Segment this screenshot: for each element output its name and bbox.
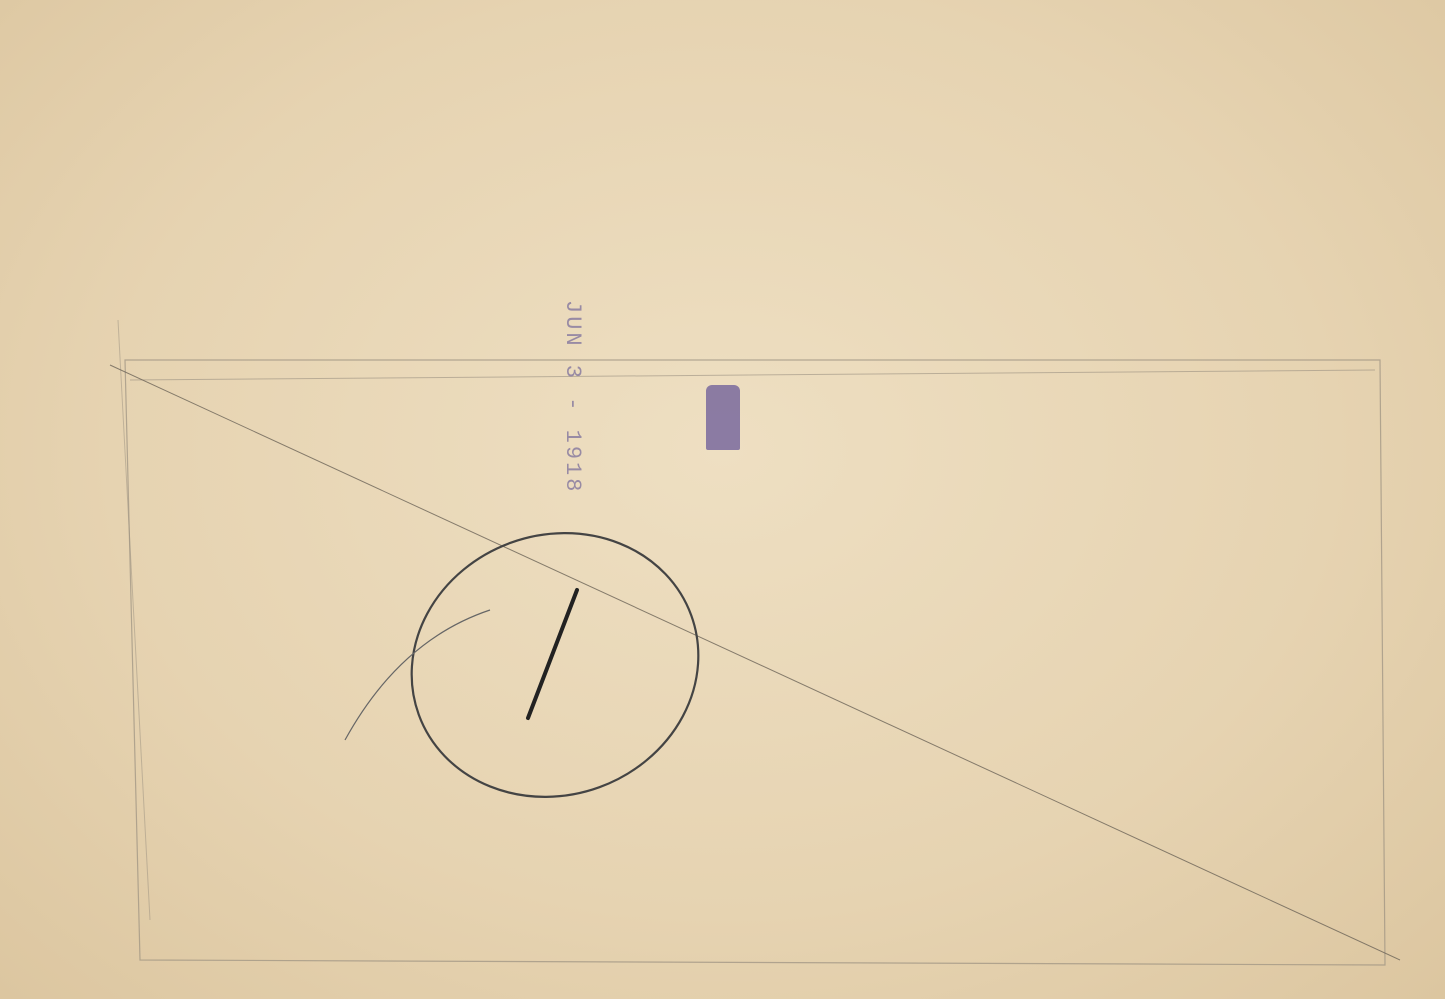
date-stamp: JUN 3 - 1918 (560, 300, 585, 494)
document-page: JUN 3 - 1918 (0, 0, 1445, 999)
stamp-mark (706, 385, 740, 450)
pencil-marks (0, 0, 1445, 999)
